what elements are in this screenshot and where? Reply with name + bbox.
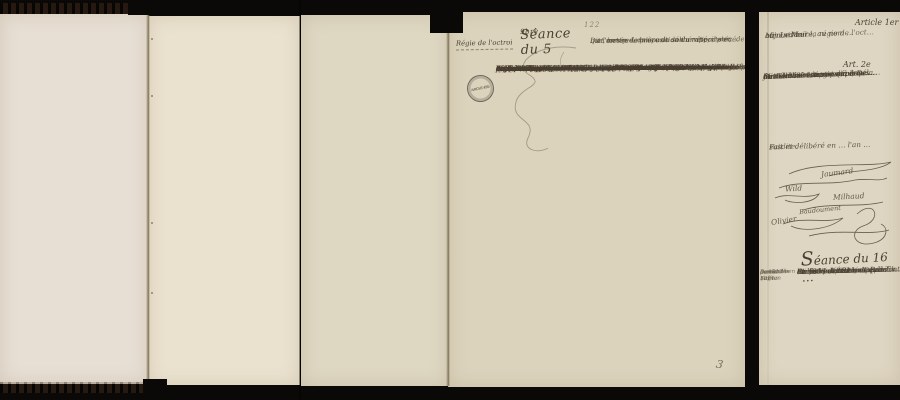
- handwritten-line: aujourd'hui.: [765, 29, 809, 40]
- handwritten-line: état des recettes et dépenses…: [763, 68, 877, 82]
- signature-name: Wild: [785, 183, 803, 193]
- manuscript-right-page: 122 Régie de l'octroi VILLE DE ARCHIVES …: [448, 12, 745, 387]
- signature-name: Olivier: [770, 214, 797, 227]
- handwritten-line: Préfet du … Rhin …: [797, 266, 867, 277]
- stitch-dot: [151, 95, 153, 97]
- closing-lines: Fait et délibéré en … l'an …susdite.: [769, 138, 900, 143]
- seance-heading-month: 9bre: [520, 27, 539, 36]
- articles-page: Article 1er Mr. Le Maire, au nom …admini…: [759, 12, 900, 385]
- top-notch: [430, 0, 463, 33]
- gutter-shadow: [446, 12, 450, 386]
- leather-edge-bottom: [0, 382, 146, 393]
- manuscript-left-page: [301, 15, 448, 386]
- book-scan-canvas: 122 Régie de l'octroi VILLE DE ARCHIVES …: [0, 0, 900, 400]
- signature-block: JaumardWildMilhaudBaudoumentOlivier: [759, 158, 900, 246]
- intro-lines: …et mettre la proposition du rapporteur,…: [590, 35, 744, 37]
- seance16-heading: Séance du 16 …: [800, 243, 900, 284]
- bottom-notch: [143, 379, 167, 400]
- signature-names: JaumardWildMilhaudBaudoumentOlivier: [759, 158, 900, 246]
- blank-right-page: [148, 16, 300, 385]
- page-number: 122: [584, 21, 600, 29]
- signature-name: Baudoument: [799, 204, 842, 216]
- archive-stamp: VILLE DE ARCHIVES: [464, 72, 496, 104]
- stitch-dot: [151, 292, 153, 294]
- strip-gap: [745, 0, 759, 400]
- handwritten-line: délibère à la majorité de vingt cinq voi…: [496, 64, 690, 74]
- signature-name: Jaumard: [821, 166, 854, 179]
- calligraphic-swash: [504, 42, 596, 160]
- stamp-text-line2: ARCHIVES: [471, 85, 491, 92]
- handwritten-line: Dit l'année dernière de son arrêté, il s…: [590, 35, 739, 45]
- stitch-dot: [151, 38, 153, 40]
- handwritten-line: susdite.: [769, 142, 798, 152]
- article1-heading: Article 1er: [855, 18, 898, 27]
- stitch-dot: [151, 222, 153, 224]
- article2-lines: Cette administration comme…Janvier 1824,…: [763, 65, 900, 72]
- blank-left-page: [0, 14, 148, 384]
- margin-note-lines: Demande enfaveur des…ation de Suffrenpen…: [760, 269, 799, 270]
- handwritten-line: de 1813-1814.: [760, 269, 799, 283]
- top-notch: [128, 0, 154, 15]
- corner-mark: 3: [715, 357, 724, 371]
- signature-name: Milhaud: [833, 191, 865, 202]
- gutter-shadow: [146, 14, 150, 385]
